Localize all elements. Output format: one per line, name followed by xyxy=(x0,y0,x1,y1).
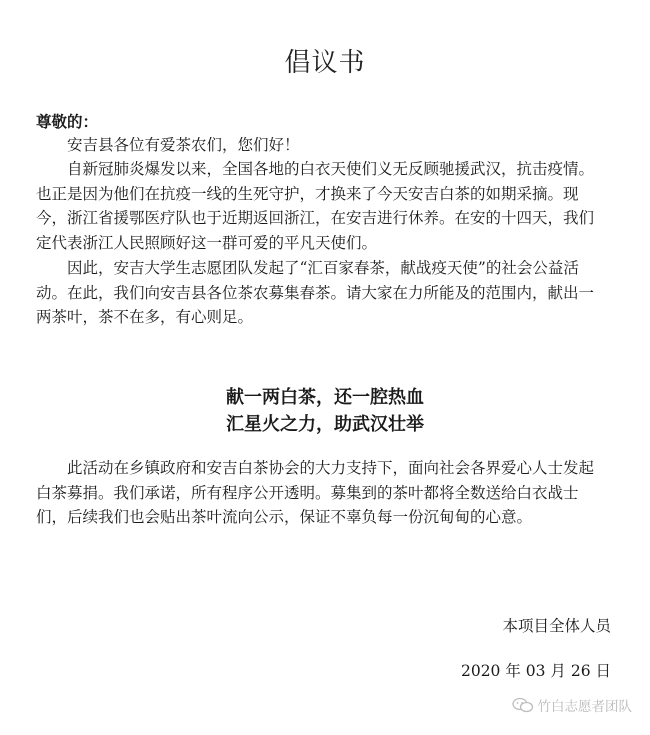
greeting: 安吉县各位有爱茶农们，您们好！ xyxy=(36,133,606,158)
salutation: 尊敬的： xyxy=(36,110,98,132)
watermark: 竹白志愿者团队 xyxy=(512,695,633,715)
paragraph-2: 因此，安吉大学生志愿团队发起了“汇百家春茶，献战疫天使”的社会公益活动。在此，我… xyxy=(36,256,606,330)
paragraph-1: 自新冠肺炎爆发以来，全国各地的白衣天使们义无反顾驰援武汉，抗击疫情。也正是因为他… xyxy=(36,157,606,255)
paragraph-text: 自新冠肺炎爆发以来，全国各地的白衣天使们义无反顾驰援武汉，抗击疫情。也正是因为他… xyxy=(36,157,606,255)
signer: 本项目全体人员 xyxy=(502,614,611,636)
watermark-text: 竹白志愿者团队 xyxy=(538,695,633,715)
slogan-line-1: 献一两白茶，还一腔热血 xyxy=(0,384,650,411)
paragraph-text: 因此，安吉大学生志愿团队发起了“汇百家春茶，献战疫天使”的社会公益活动。在此，我… xyxy=(36,256,606,330)
greeting-text: 安吉县各位有爱茶农们，您们好！ xyxy=(36,133,606,158)
document-title: 倡议书 xyxy=(0,42,650,79)
paragraph-text: 此活动在乡镇政府和安吉白茶协会的大力支持下，面向社会各界爱心人士发起白茶募捐。我… xyxy=(36,456,606,530)
slogan-line-2: 汇星火之力，助武汉壮举 xyxy=(0,411,650,438)
wechat-icon xyxy=(512,697,534,713)
date: 2020 年 03 月 26 日 xyxy=(461,659,611,681)
paragraph-3: 此活动在乡镇政府和安吉白茶协会的大力支持下，面向社会各界爱心人士发起白茶募捐。我… xyxy=(36,456,606,530)
slogans: 献一两白茶，还一腔热血 汇星火之力，助武汉壮举 xyxy=(0,384,650,438)
